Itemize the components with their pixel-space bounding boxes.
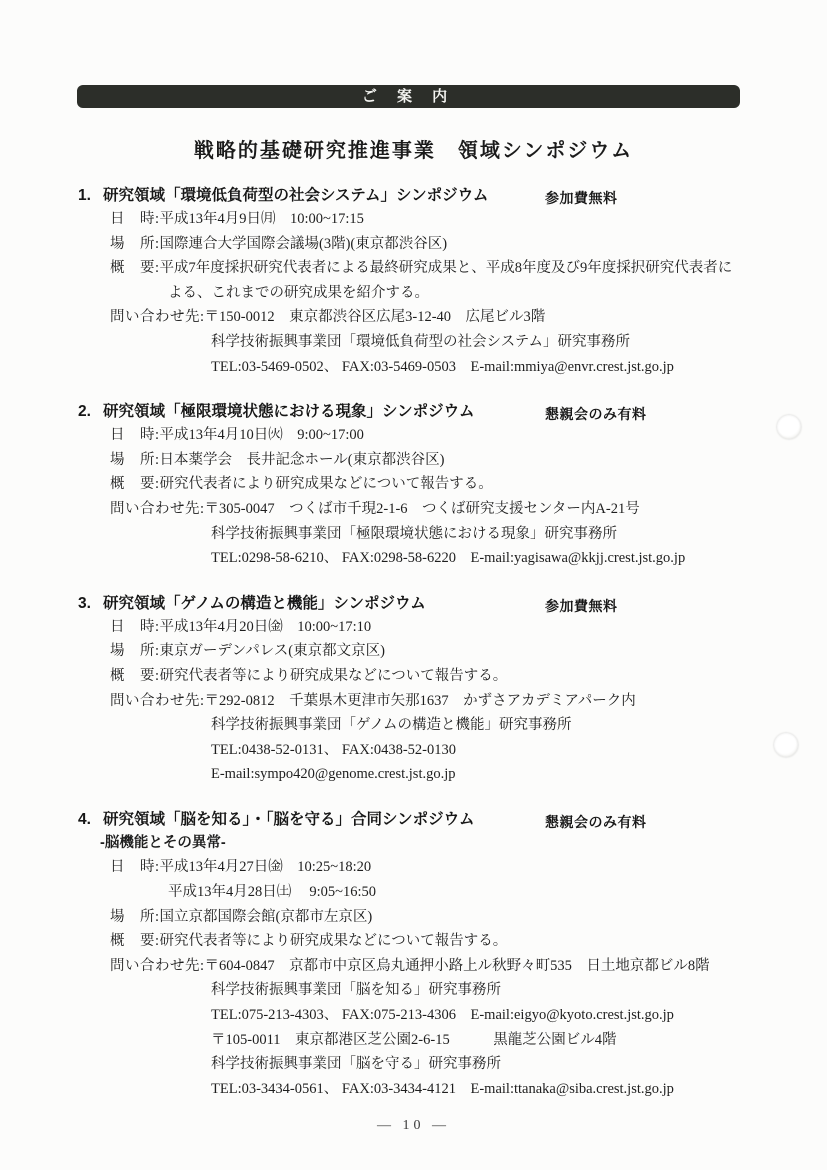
summary-row: 概 要:研究代表者等により研究成果などについて報告する。 xyxy=(78,664,783,689)
contact-address2-row: 〒105-0011 東京都港区芝公園2-6-15 黒龍芝公園ビル4階 xyxy=(78,1028,783,1053)
contact-office: 科学技術振興事業団「脳を知る」研究事務所 xyxy=(211,982,501,998)
datetime-continuation: 平成13年4月28日㈯ 9:05~16:50 xyxy=(78,880,783,905)
symposium-list: 1.研究領域「環境低負荷型の社会システム」シンポジウム 参加費無料 日 時:平成… xyxy=(78,185,783,1101)
datetime-label: 日 時: xyxy=(110,619,160,635)
section-heading-row: 4.研究領域「脳を知る」・「脳を守る」合同シンポジウム 懇親会のみ有料 xyxy=(78,809,783,831)
contact-address: 〒292-0812 千葉県木更津市矢那1637 かずさアカデミアパーク内 xyxy=(205,693,636,709)
datetime-label: 日 時: xyxy=(110,211,160,227)
section-heading: 研究領域「ゲノムの構造と機能」シンポジウム xyxy=(103,595,426,612)
summary-continuation: よる、これまでの研究成果を紹介する。 xyxy=(78,281,783,306)
symposium-section-2: 2.研究領域「極限環境状態における現象」シンポジウム 懇親会のみ有料 日 時:平… xyxy=(78,401,783,571)
section-subtitle: -脳機能とその異常- xyxy=(78,831,783,856)
contact-row: 問い合わせ先:〒150-0012 東京都渋谷区広尾3-12-40 広尾ビル3階 xyxy=(78,305,783,330)
section-heading: 研究領域「環境低負荷型の社会システム」シンポジウム xyxy=(103,187,488,204)
place-label: 場 所: xyxy=(110,236,160,252)
fee-label: 懇親会のみ有料 xyxy=(545,811,647,833)
fee-label: 懇親会のみ有料 xyxy=(545,403,647,425)
contact-label: 問い合わせ先: xyxy=(110,958,205,974)
summary-label: 概 要: xyxy=(110,476,160,492)
contact-address: 〒305-0047 つくば市千現2-1-6 つくば研究支援センター内A-21号 xyxy=(205,501,640,517)
contact-address: 〒604-0847 京都市中京区烏丸通押小路上ル秋野々町535 日土地京都ビル8… xyxy=(205,958,710,974)
section-number: 4. xyxy=(78,809,103,831)
summary-row: 概 要:研究代表者等により研究成果などについて報告する。 xyxy=(78,929,783,954)
contact-tel-fax-email: TEL:0298-58-6210、 FAX:0298-58-6220 E-mai… xyxy=(211,550,685,566)
contact-tel-fax-email: TEL:03-5469-0502、 FAX:03-5469-0503 E-mai… xyxy=(211,359,674,375)
datetime-value: 平成13年4月9日㈪ 10:00~17:15 xyxy=(160,211,364,227)
contact-row: 問い合わせ先:〒305-0047 つくば市千現2-1-6 つくば研究支援センター… xyxy=(78,497,783,522)
binder-punch-hole-bottom xyxy=(774,733,798,757)
place-row: 場 所:東京ガーデンパレス(東京都文京区) xyxy=(78,639,783,664)
contact-office-row: 科学技術振興事業団「環境低負荷型の社会システム」研究事務所 xyxy=(78,330,783,355)
summary-label: 概 要: xyxy=(110,668,160,684)
contact-row: 問い合わせ先:〒604-0847 京都市中京区烏丸通押小路上ル秋野々町535 日… xyxy=(78,954,783,979)
section-heading: 研究領域「極限環境状態における現象」シンポジウム xyxy=(103,403,474,420)
place-label: 場 所: xyxy=(110,452,160,468)
contact-tel2-row: TEL:03-3434-0561、 FAX:03-3434-4121 E-mai… xyxy=(78,1077,783,1102)
contact-email-row: E-mail:sympo420@genome.crest.jst.go.jp xyxy=(78,762,783,787)
datetime-row: 日 時:平成13年4月20日㈮ 10:00~17:10 xyxy=(78,615,783,640)
place-value: 国立京都国際会館(京都市左京区) xyxy=(160,909,373,925)
section-number: 3. xyxy=(78,593,103,615)
contact-tel-row: TEL:03-5469-0502、 FAX:03-5469-0503 E-mai… xyxy=(78,355,783,380)
place-value: 東京ガーデンパレス(東京都文京区) xyxy=(160,643,385,659)
datetime-row: 日 時:平成13年4月27日㈮ 10:25~18:20 xyxy=(78,855,783,880)
contact-address: 〒105-0011 東京都港区芝公園2-6-15 黒龍芝公園ビル4階 xyxy=(211,1032,616,1048)
place-row: 場 所:国際連合大学国際会議場(3階)(東京都渋谷区) xyxy=(78,232,783,257)
contact-office: 科学技術振興事業団「ゲノムの構造と機能」研究事務所 xyxy=(211,717,571,733)
contact-office: 科学技術振興事業団「極限環境状態における現象」研究事務所 xyxy=(211,526,617,542)
section-heading-row: 3.研究領域「ゲノムの構造と機能」シンポジウム 参加費無料 xyxy=(78,593,783,615)
guidance-banner-label: ご 案 内 xyxy=(362,88,455,105)
place-row: 場 所:日本薬学会 長井記念ホール(東京都渋谷区) xyxy=(78,448,783,473)
contact-office: 科学技術振興事業団「環境低負荷型の社会システム」研究事務所 xyxy=(211,334,630,350)
contact-office-row: 科学技術振興事業団「ゲノムの構造と機能」研究事務所 xyxy=(78,713,783,738)
place-label: 場 所: xyxy=(110,643,160,659)
summary-value: 研究代表者等により研究成果などについて報告する。 xyxy=(160,668,508,684)
scanned-document-page: { "banner": { "label": "ご 案 内" }, "title… xyxy=(0,0,827,1170)
contact-tel-fax-email: TEL:03-3434-0561、 FAX:03-3434-4121 E-mai… xyxy=(211,1081,674,1097)
binder-punch-hole-top xyxy=(777,415,801,439)
contact-label: 問い合わせ先: xyxy=(110,501,205,517)
contact-office: 科学技術振興事業団「脳を守る」研究事務所 xyxy=(211,1056,501,1072)
summary-label: 概 要: xyxy=(110,260,160,276)
section-heading-row: 1.研究領域「環境低負荷型の社会システム」シンポジウム 参加費無料 xyxy=(78,185,783,207)
symposium-section-3: 3.研究領域「ゲノムの構造と機能」シンポジウム 参加費無料 日 時:平成13年4… xyxy=(78,593,783,787)
contact-tel-fax: TEL:0438-52-0131、 FAX:0438-52-0130 xyxy=(211,742,456,758)
summary-value: 研究代表者により研究成果などについて報告する。 xyxy=(160,476,493,492)
datetime-value: 平成13年4月20日㈮ 10:00~17:10 xyxy=(160,619,372,635)
contact-tel-row: TEL:0298-58-6210、 FAX:0298-58-6220 E-mai… xyxy=(78,546,783,571)
summary-row: 概 要:研究代表者により研究成果などについて報告する。 xyxy=(78,472,783,497)
summary-label: 概 要: xyxy=(110,933,160,949)
contact-office-row: 科学技術振興事業団「極限環境状態における現象」研究事務所 xyxy=(78,522,783,547)
contact-address: 〒150-0012 東京都渋谷区広尾3-12-40 広尾ビル3階 xyxy=(205,309,546,325)
contact-label: 問い合わせ先: xyxy=(110,693,205,709)
guidance-banner: ご 案 内 xyxy=(77,85,740,108)
section-number: 1. xyxy=(78,185,103,207)
contact-tel-fax-email: TEL:075-213-4303、 FAX:075-213-4306 E-mai… xyxy=(211,1007,674,1023)
summary-value: よる、これまでの研究成果を紹介する。 xyxy=(168,285,429,301)
place-value: 日本薬学会 長井記念ホール(東京都渋谷区) xyxy=(160,452,445,468)
symposium-section-1: 1.研究領域「環境低負荷型の社会システム」シンポジウム 参加費無料 日 時:平成… xyxy=(78,185,783,379)
fee-label: 参加費無料 xyxy=(545,187,618,209)
place-row: 場 所:国立京都国際会館(京都市左京区) xyxy=(78,905,783,930)
contact-email: E-mail:sympo420@genome.crest.jst.go.jp xyxy=(211,766,456,782)
contact-office2-row: 科学技術振興事業団「脳を守る」研究事務所 xyxy=(78,1052,783,1077)
datetime-value: 平成13年4月27日㈮ 10:25~18:20 xyxy=(160,859,372,875)
place-label: 場 所: xyxy=(110,909,160,925)
datetime-row: 日 時:平成13年4月9日㈪ 10:00~17:15 xyxy=(78,207,783,232)
summary-value: 研究代表者等により研究成果などについて報告する。 xyxy=(160,933,508,949)
contact-row: 問い合わせ先:〒292-0812 千葉県木更津市矢那1637 かずさアカデミアパ… xyxy=(78,689,783,714)
place-value: 国際連合大学国際会議場(3階)(東京都渋谷区) xyxy=(160,236,448,252)
summary-row: 概 要:平成7年度採択研究代表者による最終研究成果と、平成8年度及び9年度採択研… xyxy=(78,256,783,281)
summary-value: 平成7年度採択研究代表者による最終研究成果と、平成8年度及び9年度採択研究代表者… xyxy=(160,260,733,276)
datetime-value: 平成13年4月28日㈯ 9:05~16:50 xyxy=(168,884,376,900)
section-number: 2. xyxy=(78,401,103,423)
contact-office-row: 科学技術振興事業団「脳を知る」研究事務所 xyxy=(78,978,783,1003)
section-heading-row: 2.研究領域「極限環境状態における現象」シンポジウム 懇親会のみ有料 xyxy=(78,401,783,423)
section-heading: 研究領域「脳を知る」・「脳を守る」合同シンポジウム xyxy=(103,811,474,828)
contact-tel-row: TEL:0438-52-0131、 FAX:0438-52-0130 xyxy=(78,738,783,763)
datetime-row: 日 時:平成13年4月10日㈫ 9:00~17:00 xyxy=(78,423,783,448)
symposium-section-4: 4.研究領域「脳を知る」・「脳を守る」合同シンポジウム 懇親会のみ有料 -脳機能… xyxy=(78,809,783,1102)
page-number: — 10 — xyxy=(0,1118,827,1134)
contact-label: 問い合わせ先: xyxy=(110,309,205,325)
contact-tel-row: TEL:075-213-4303、 FAX:075-213-4306 E-mai… xyxy=(78,1003,783,1028)
page-title: 戦略的基礎研究推進事業 領域シンポジウム xyxy=(0,134,827,163)
datetime-label: 日 時: xyxy=(110,859,160,875)
datetime-value: 平成13年4月10日㈫ 9:00~17:00 xyxy=(160,427,364,443)
fee-label: 参加費無料 xyxy=(545,595,618,617)
datetime-label: 日 時: xyxy=(110,427,160,443)
